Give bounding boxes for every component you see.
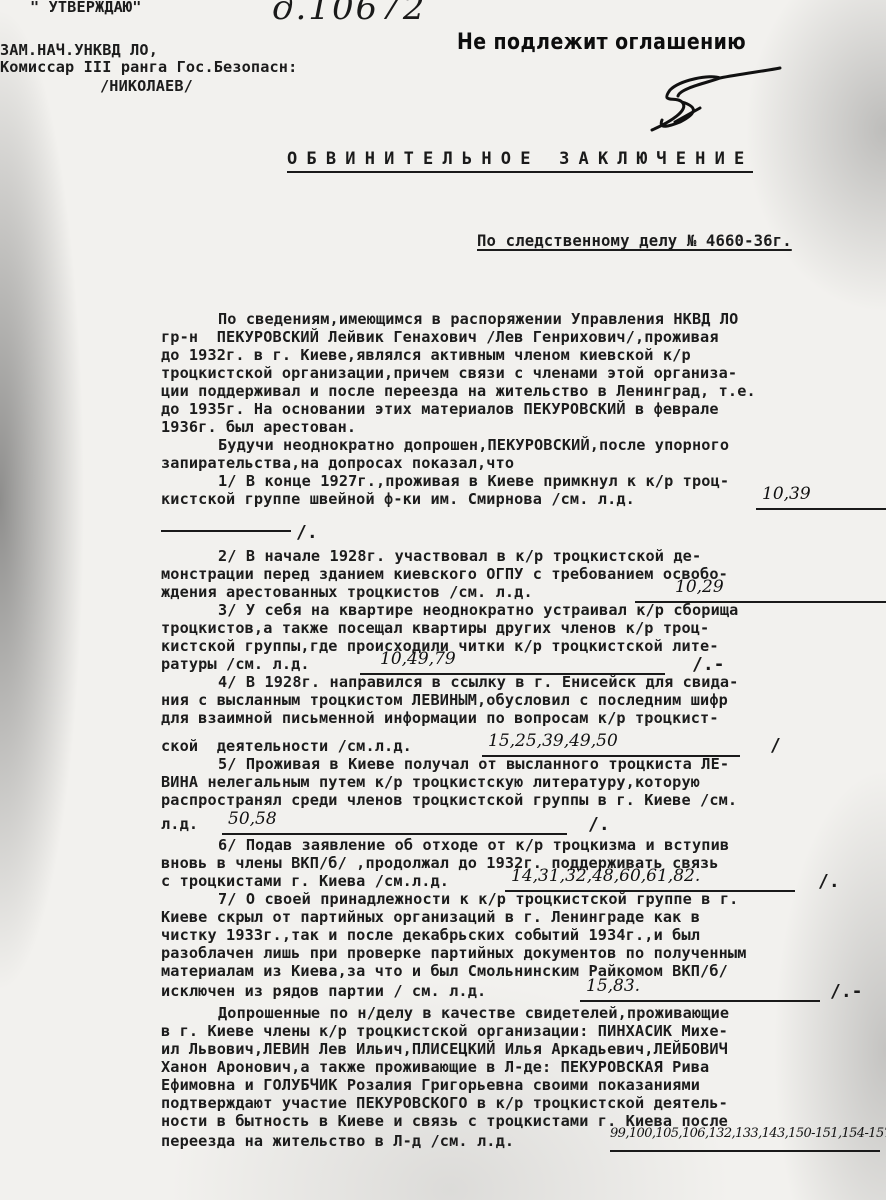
item-1-continuation-line (161, 530, 291, 532)
intro-line: до 1932г. в г. Киеве,являлся активным чл… (161, 346, 691, 364)
intro-line: По сведениям,имеющимся в распоряжении Уп… (218, 310, 738, 328)
item-5-line: л.д. (161, 815, 198, 833)
intro-line: троцкистской организации,причем связи с … (161, 364, 737, 382)
witnesses-line: Допрошенные по н/делу в качестве свидете… (218, 1004, 729, 1022)
item-6-line: с троцкистами г. Киева /см.л.д. (161, 872, 449, 890)
witnesses-line: подтверждают участие ПЕКУРОВСКОГО в к/р … (161, 1094, 728, 1112)
item-7-line: Киеве скрыл от партийных организаций в г… (161, 908, 700, 926)
intro-line: до 1935г. На основании этих материалов П… (161, 400, 719, 418)
intro-line: 1936г. был арестован. (161, 418, 356, 436)
approval-heading: " УТВЕРЖДАЮ" (30, 0, 142, 16)
item-5-line: распространял среди членов троцкистской … (161, 791, 737, 809)
witnesses-line: Ханон Аронович,а также проживающие в Л-д… (161, 1058, 709, 1076)
item-6-sheet-refs: 14,31,32,48,60,61,82. (505, 872, 795, 892)
item-4-line: для взаимной письменной информации по во… (161, 709, 719, 727)
item-7-closing: /.- (830, 981, 863, 1002)
scanned-document-page: " УТВЕРЖДАЮ" д.10672 ЗАМ.НАЧ.УНКВД ЛО, К… (0, 0, 886, 1200)
item-4-closing: / (770, 735, 781, 756)
intro-line: гр-н ПЕКУРОВСКИЙ Лейвик Генахович /Лев Г… (161, 328, 719, 346)
item-3-line: ратуры /см. л.д. (161, 655, 310, 673)
item-5-closing: /. (588, 814, 610, 835)
interrogation-line: запирательства,на допросах показал,что (161, 454, 514, 472)
classification-stamp: Не подлежит оглашению (457, 30, 746, 55)
interrogation-line: Будучи неоднократно допрошен,ПЕКУРОВСКИЙ… (218, 436, 729, 454)
witnesses-line: переезда на жительство в Л-д /см. л.д. (161, 1132, 514, 1150)
signature-icon (640, 60, 790, 140)
item-3-closing: /.- (692, 654, 725, 675)
item-4-sheet-refs: 15,25,39,49,50 (482, 737, 740, 757)
item-1-line: 1/ В конце 1927г.,проживая в Киеве примк… (218, 472, 729, 490)
item-2-line: ждения арестованных троцкистов /см. л.д. (161, 583, 533, 601)
witnesses-line: ил Львович,ЛЕВИН Лев Ильич,ПЛИСЕЦКИЙ Иль… (161, 1040, 728, 1058)
item-2-sheet-refs: 10,29 (635, 583, 886, 603)
item-7-line: материалам из Киева,за что и был Смольни… (161, 962, 728, 980)
archive-number-handwritten: д.10672 (272, 0, 427, 28)
item-3-sheet-refs: 10,49,79 (360, 655, 665, 675)
witnesses-line: Ефимовна и ГОЛУБЧИК Розалия Григорьевна … (161, 1076, 700, 1094)
item-7-line: 7/ О своей принадлежности к к/р троцкист… (218, 890, 738, 908)
item-1-line: кистской группе швейной ф-ки им. Смирнов… (161, 490, 635, 508)
witnesses-sheet-refs: 99,100,105,106,132,133,143,150-151,154-1… (610, 1132, 880, 1152)
item-5-sheet-refs: 50,58 (222, 815, 567, 835)
document-title: ОБВИНИТЕЛЬНОЕ ЗАКЛЮЧЕНИЕ (287, 149, 753, 173)
item-7-line: разоблачен лишь при проверке партийных д… (161, 944, 747, 962)
case-reference: По следственному делу № 4660-36г. (477, 232, 792, 250)
item-4-line: ния с высланным троцкистом ЛЕВИНЫМ,обусл… (161, 691, 728, 709)
item-4-line: ской деятельности /см.л.д. (161, 737, 412, 755)
item-5-line: 5/ Проживая в Киеве получал от высланног… (218, 755, 729, 773)
item-2-line: 2/ В начале 1928г. участвовал в к/р троц… (218, 547, 701, 565)
item-6-closing: /. (818, 871, 840, 892)
approver-name: /НИКОЛАЕВ/ (100, 77, 193, 95)
item-7-line: исключен из рядов партии / см. л.д. (161, 982, 486, 1000)
witnesses-line: в г. Киеве члены к/р троцкистской органи… (161, 1022, 728, 1040)
approver-position-line-1: ЗАМ.НАЧ.УНКВД ЛО, (0, 41, 158, 59)
approver-position-line-2: Комиссар III ранга Гос.Безопасн: (0, 58, 297, 76)
item-6-line: 6/ Подав заявление об отходе от к/р троц… (218, 836, 729, 854)
item-7-line: чистку 1933г.,так и после декабрьских со… (161, 926, 700, 944)
item-2-line: монстрации перед зданием киевского ОГПУ … (161, 565, 728, 583)
item-5-line: ВИНА нелегальным путем к/р троцкистскую … (161, 773, 700, 791)
item-1-sheet-refs: 10,39 (756, 490, 886, 510)
item-4-line: 4/ В 1928г. направился в ссылку в г. Ени… (218, 673, 738, 691)
item-3-line: троцкистов,а также посещал квартиры друг… (161, 619, 709, 637)
item-3-line: 3/ У себя на квартире неоднократно устра… (218, 601, 738, 619)
intro-line: ции поддерживал и после переезда на жите… (161, 382, 756, 400)
item-7-sheet-refs: 15,83. (580, 982, 820, 1002)
item-1-closing: /. (296, 522, 318, 543)
